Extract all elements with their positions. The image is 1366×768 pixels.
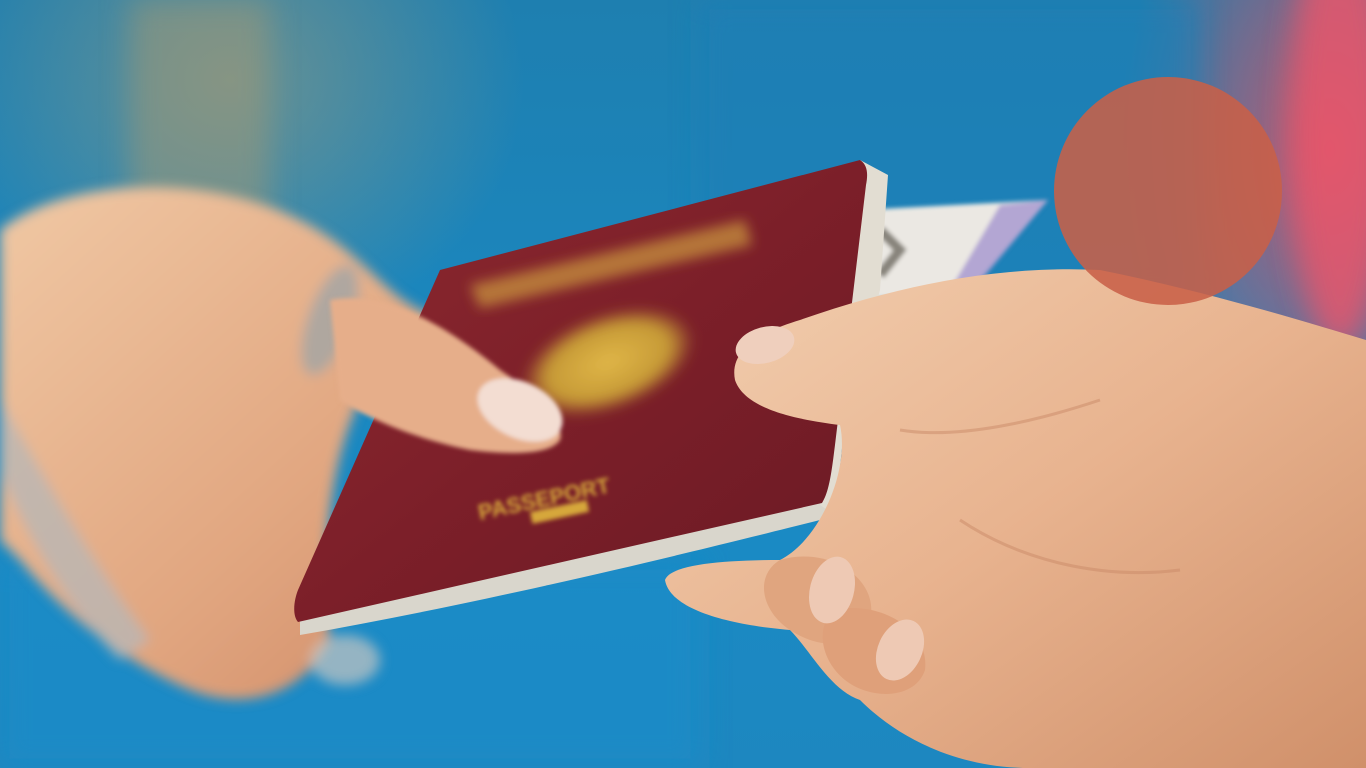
decorative-circle-overlay (1054, 77, 1282, 305)
photo-scene: PASSEPORT (0, 0, 1366, 768)
